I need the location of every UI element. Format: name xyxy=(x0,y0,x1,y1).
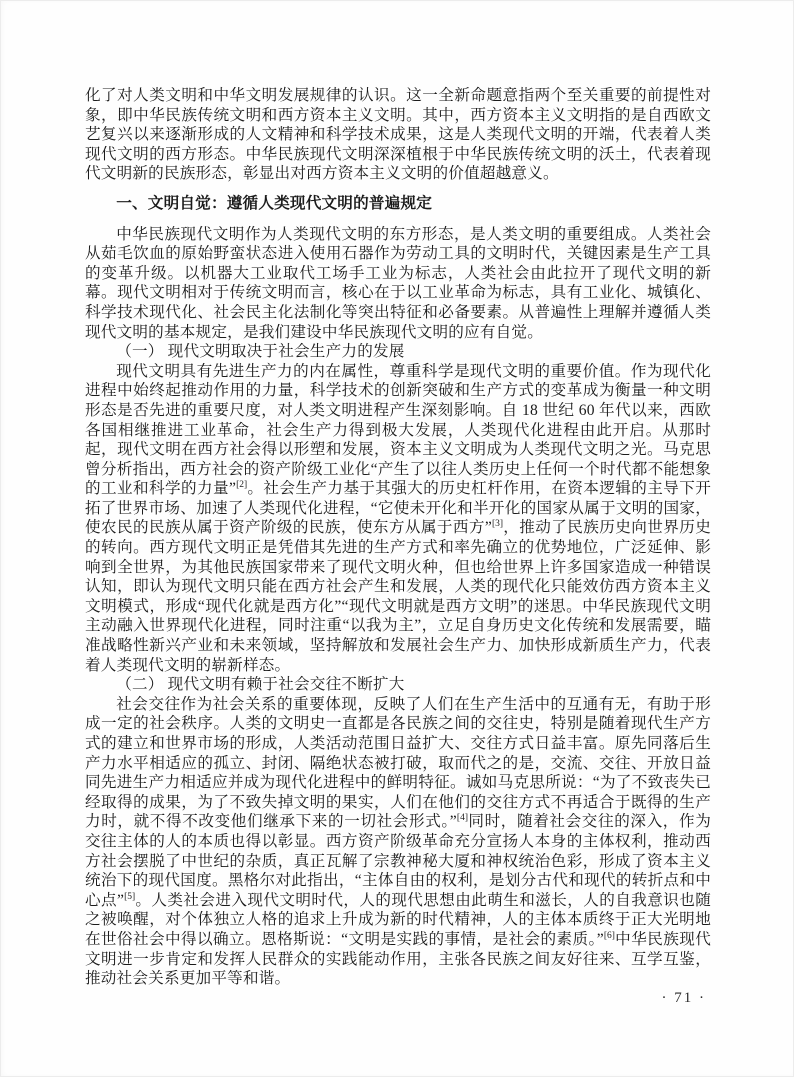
paragraph: 社会交往作为社会关系的重要体现，反映了人们在生产生活中的互通有无，有助于形成一定… xyxy=(85,695,711,989)
paragraph: 现代文明具有先进生产力的内在属性，尊重科学是现代文明的重要价值。作为现代化进程中… xyxy=(85,362,711,676)
footnote-reference: [2] xyxy=(236,480,247,490)
paragraph: 中华民族现代文明作为人类现代文明的东方形态，是人类文明的重要组成。人类社会从茹毛… xyxy=(85,225,711,343)
subsection-heading: （一） 现代文明取决于社会生产力的发展 xyxy=(85,342,711,362)
page-number: · 71 · xyxy=(662,990,707,1007)
footnote-reference: [4] xyxy=(457,813,468,823)
footnote-reference: [5] xyxy=(124,892,135,902)
section-heading: 一、文明自觉：遵循人类现代文明的普遍规定 xyxy=(85,194,711,214)
footnote-reference: [3] xyxy=(492,519,503,529)
journal-page: 化了对人类文明和中华文明发展规律的认识。这一全新命题意指两个至关重要的前提性对象… xyxy=(0,0,794,1077)
article-body: 化了对人类文明和中华文明发展规律的认识。这一全新命题意指两个至关重要的前提性对象… xyxy=(85,86,711,989)
footnote-reference: [6] xyxy=(604,931,615,941)
subsection-heading: （二） 现代文明有赖于社会交往不断扩大 xyxy=(85,675,711,695)
paragraph: 化了对人类文明和中华文明发展规律的认识。这一全新命题意指两个至关重要的前提性对象… xyxy=(85,86,711,184)
